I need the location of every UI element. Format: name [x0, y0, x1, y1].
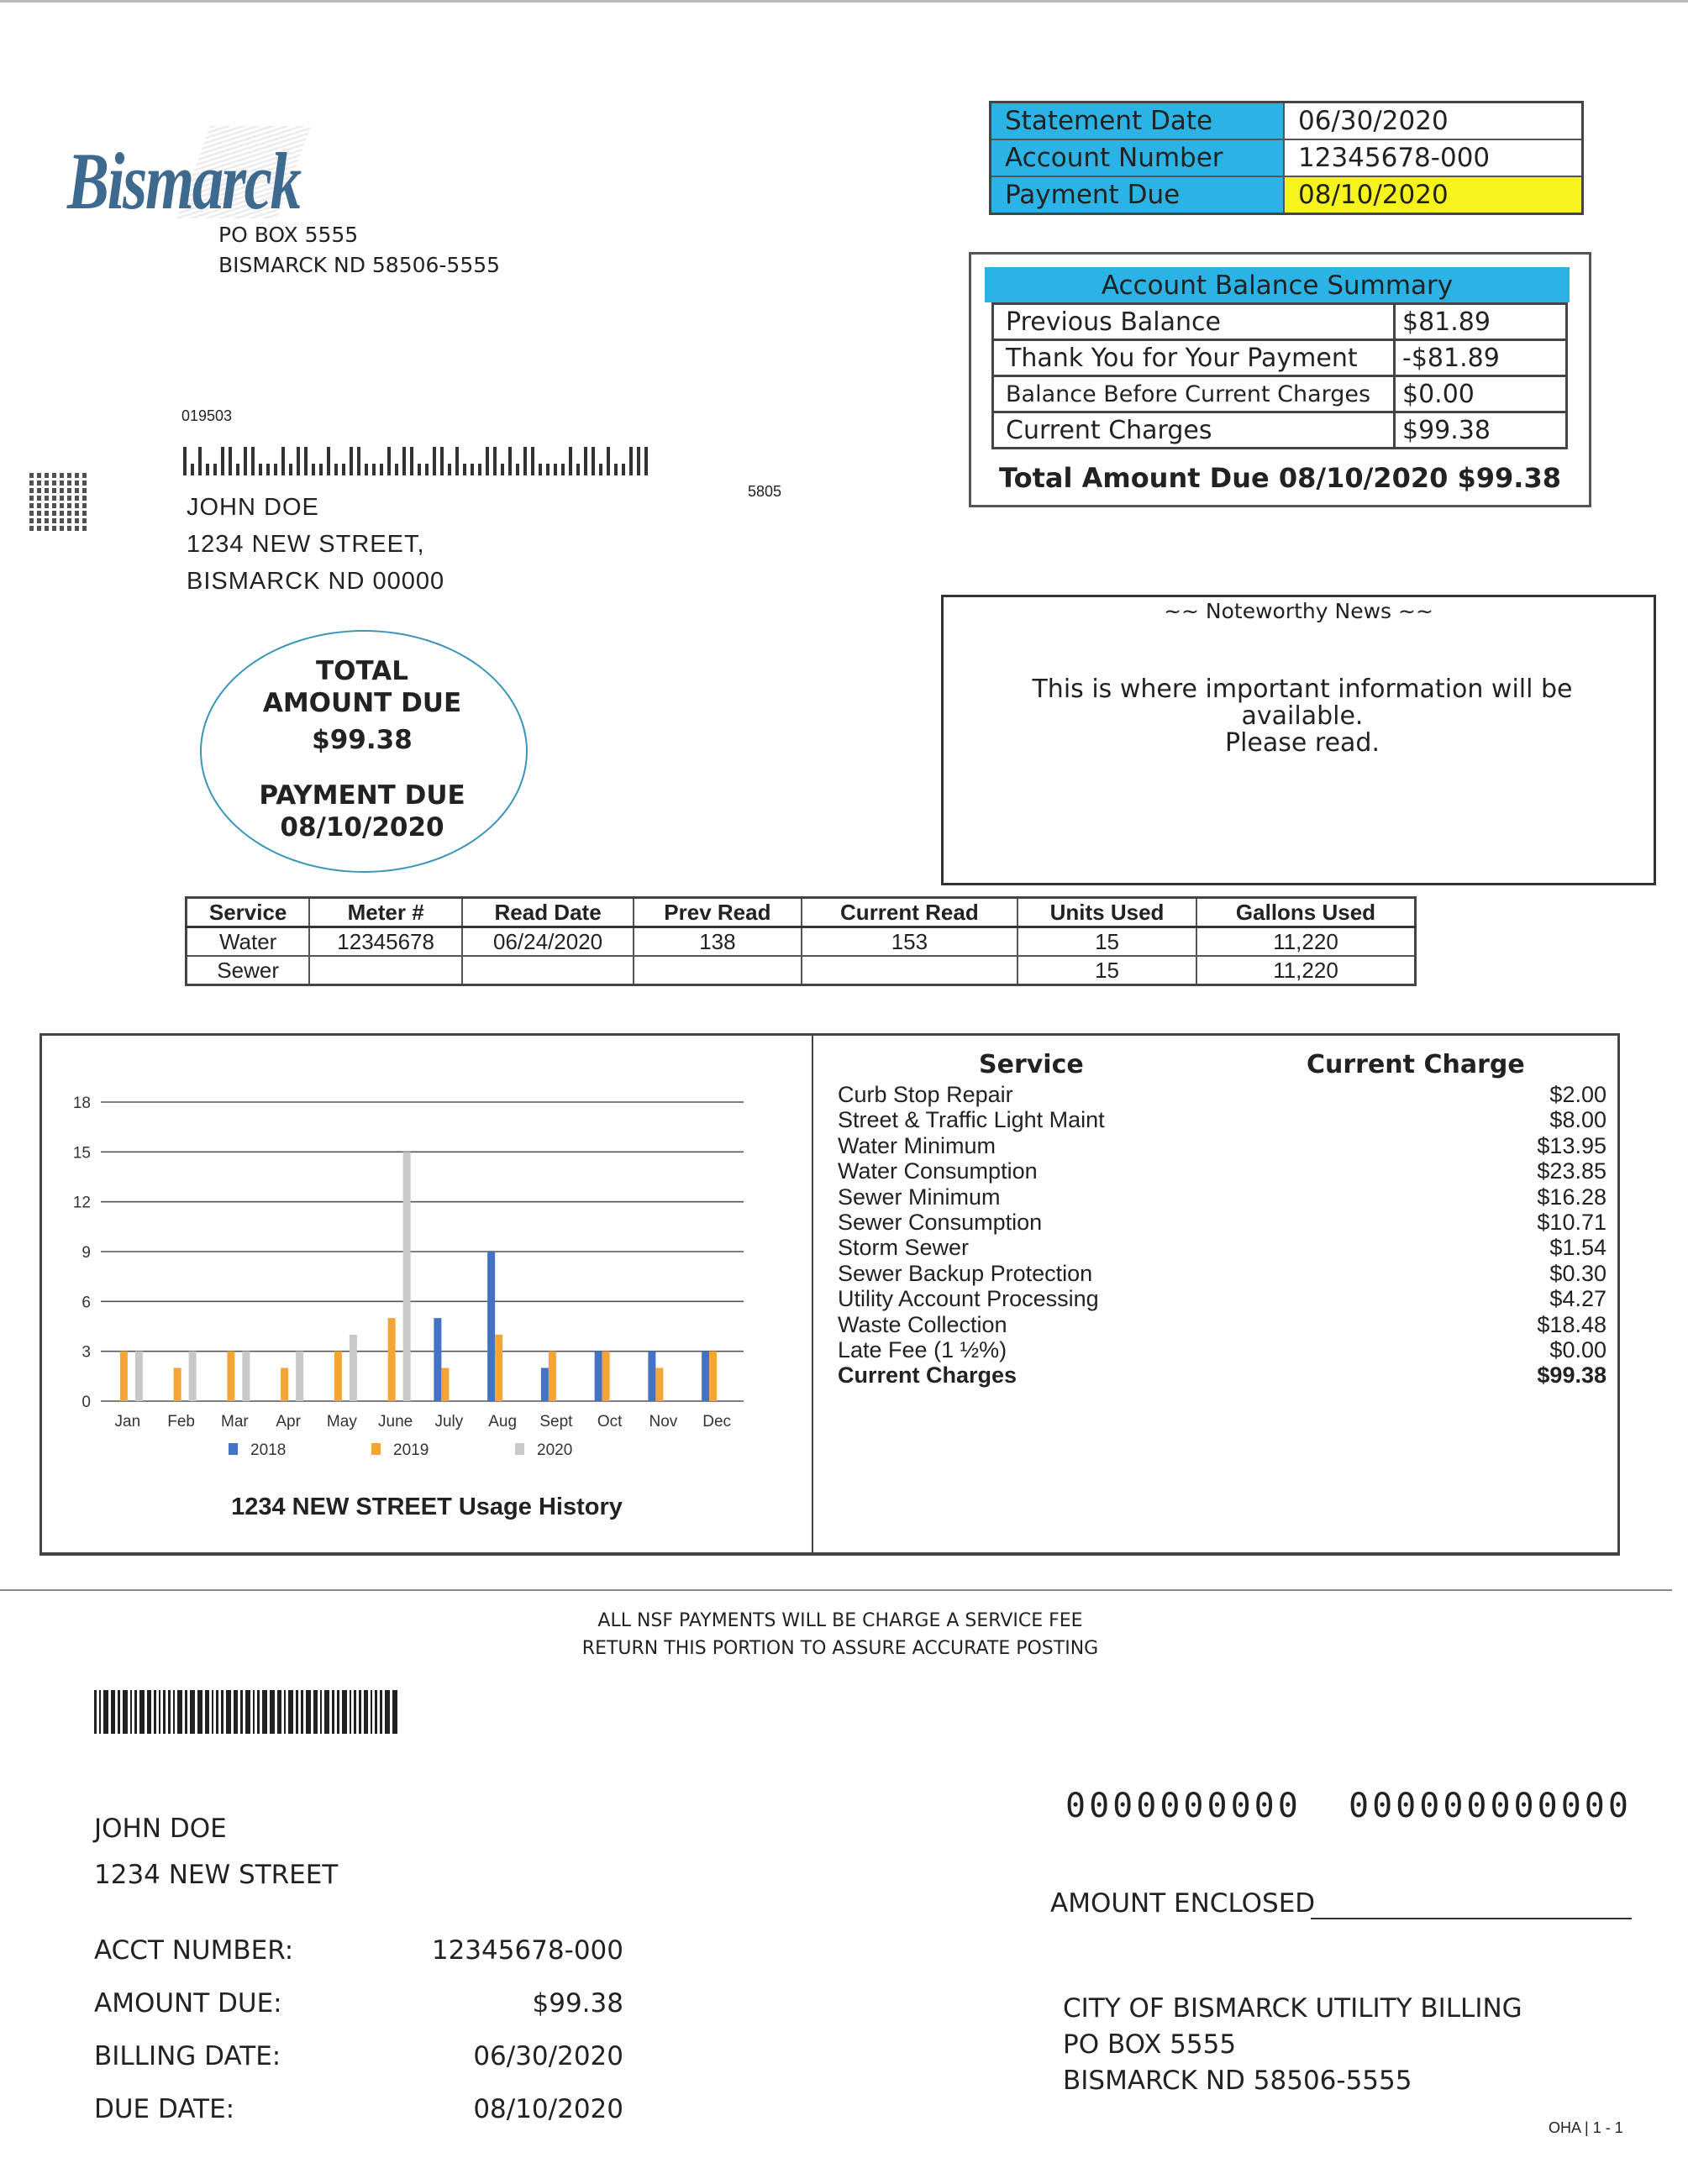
svg-text:Jan: Jan: [115, 1413, 141, 1431]
barcode-bar: [139, 1690, 145, 1734]
postnet-bar: [486, 447, 489, 475]
postnet-bar: [644, 447, 648, 475]
barcode-bar: [111, 1690, 115, 1734]
postnet-bar: [289, 464, 292, 475]
postnet-bar: [629, 447, 633, 475]
postnet-bar: [478, 464, 481, 475]
svg-text:18: 18: [73, 1095, 91, 1112]
postnet-bar: [584, 447, 587, 475]
cell: 11,220: [1196, 956, 1416, 985]
cell: 12345678: [309, 927, 462, 957]
charge-service: Water Minimum: [838, 1133, 996, 1158]
barcode-bar: [354, 1690, 356, 1734]
remit-po-box: PO BOX 5555: [1063, 2027, 1522, 2063]
stub-customer-street: 1234 NEW STREET: [94, 1852, 338, 1898]
charge-row: Sewer Minimum$16.28: [838, 1184, 1606, 1210]
svg-text:15: 15: [73, 1144, 91, 1162]
stub-notice: ALL NSF PAYMENTS WILL BE CHARGE A SERVIC…: [420, 1607, 1260, 1662]
postnet-bar: [531, 447, 534, 475]
svg-text:6: 6: [82, 1294, 91, 1311]
charge-service: Sewer Backup Protection: [838, 1261, 1092, 1286]
statement-date-value: 06/30/2020: [1284, 102, 1583, 140]
barcode-bar: [288, 1690, 293, 1734]
barcode-bar: [190, 1690, 195, 1734]
charge-service: Sewer Consumption: [838, 1210, 1042, 1235]
postnet-bar: [455, 447, 459, 475]
postnet-bar: [327, 447, 330, 475]
postnet-bar: [402, 447, 406, 475]
postnet-bar: [599, 464, 602, 475]
barcode-bar: [385, 1690, 390, 1734]
table-row: Sewer 15 11,220: [187, 956, 1416, 985]
svg-text:2020: 2020: [537, 1441, 572, 1459]
postnet-bar: [576, 464, 580, 475]
stub-customer-name: JOHN DOE: [94, 1806, 338, 1852]
charge-amount: $99.38: [1537, 1362, 1606, 1388]
datamatrix-code-icon: [29, 472, 88, 531]
field-value: $99.38: [533, 1988, 623, 2019]
balance-amount: $99.38: [1395, 412, 1567, 449]
stub-acct-number: ACCT NUMBER:12345678-000: [94, 1924, 623, 1977]
ocr-scanline: 0000000000 000000000000: [1065, 1787, 1632, 1825]
barcode-bar: [342, 1690, 347, 1734]
barcode-bar: [94, 1690, 97, 1734]
barcode-bar: [371, 1690, 372, 1734]
balance-label: Balance Before Current Charges: [993, 376, 1395, 412]
charge-row: Water Minimum$13.95: [838, 1133, 1606, 1158]
postnet-bar: [251, 447, 255, 475]
account-number-row: Account Number 12345678-000: [991, 139, 1583, 176]
charge-row: Street & Traffic Light Maint$8.00: [838, 1107, 1606, 1132]
barcode-bar: [212, 1690, 213, 1734]
sender-po-box: PO BOX 5555: [218, 220, 500, 250]
postnet-bar: [440, 447, 444, 475]
charge-amount: $8.00: [1549, 1107, 1606, 1132]
charge-amount: $13.95: [1537, 1133, 1606, 1158]
charge-row: Sewer Backup Protection$0.30: [838, 1261, 1606, 1286]
charges-amount-header: Current Charge: [1307, 1050, 1525, 1079]
sender-address: PO BOX 5555 BISMARCK ND 58506-5555: [218, 220, 500, 281]
barcode-bar: [240, 1690, 243, 1734]
cell: [802, 956, 1018, 985]
recipient-name: JOHN DOE: [187, 489, 444, 526]
stub-fields: ACCT NUMBER:12345678-000 AMOUNT DUE:$99.…: [94, 1924, 623, 2135]
recipient-address: JOHN DOE 1234 NEW STREET, BISMARCK ND 00…: [187, 489, 444, 600]
postnet-bar: [425, 464, 429, 475]
amount-enclosed-field[interactable]: [1311, 1918, 1632, 1919]
cell: [309, 956, 462, 985]
account-number-value: 12345678-000: [1284, 139, 1583, 176]
barcode-bar: [313, 1690, 318, 1734]
badge-total-label: TOTAL: [200, 655, 524, 687]
field-label: BILLING DATE:: [94, 2041, 281, 2071]
postnet-bar: [471, 464, 474, 475]
balance-label: Previous Balance: [993, 304, 1395, 340]
postnet-bar: [448, 464, 451, 475]
badge-amount: $99.38: [200, 724, 524, 756]
svg-text:Feb: Feb: [167, 1413, 195, 1431]
charge-service: Utility Account Processing: [838, 1286, 1099, 1311]
postnet-bar: [229, 447, 232, 475]
postnet-bar: [569, 447, 572, 475]
field-value: 08/10/2020: [473, 2094, 623, 2124]
account-number-label: Account Number: [991, 139, 1285, 176]
news-line: This is where important information will…: [1008, 676, 1596, 703]
balance-summary-table: Previous Balance $81.89 Thank You for Yo…: [991, 302, 1568, 449]
balance-row: Current Charges $99.38: [993, 412, 1567, 449]
postnet-barcode: [183, 445, 648, 475]
postnet-bar: [372, 464, 376, 475]
postnet-bar: [297, 447, 300, 475]
charge-row: Waste Collection$18.48: [838, 1312, 1606, 1337]
usage-history-chart: 0369121518JanFebMarAprMayJuneJulyAugSept…: [50, 1075, 756, 1470]
chart-title: 1234 NEW STREET Usage History: [42, 1494, 812, 1521]
return-notice: RETURN THIS PORTION TO ASSURE ACCURATE P…: [420, 1635, 1260, 1662]
field-label: DUE DATE:: [94, 2094, 234, 2124]
badge-amount-due-label: AMOUNT DUE: [200, 687, 524, 719]
postnet-bar: [350, 447, 353, 475]
charge-service: Water Consumption: [838, 1158, 1038, 1184]
col-gallons-used: Gallons Used: [1196, 898, 1416, 927]
barcode-bar: [359, 1690, 361, 1734]
svg-text:Mar: Mar: [221, 1413, 249, 1431]
payment-due-row: Payment Due 08/10/2020: [991, 176, 1583, 214]
meter-reading-table: Service Meter # Read Date Prev Read Curr…: [185, 896, 1417, 986]
balance-amount: $0.00: [1395, 376, 1567, 412]
barcode-bar: [262, 1690, 267, 1734]
page-code: OHA | 1 - 1: [1549, 2119, 1623, 2137]
recipient-city: BISMARCK ND 00000: [187, 563, 444, 600]
news-line: available.: [1008, 703, 1596, 730]
balance-amount: -$81.89: [1395, 340, 1567, 376]
barcode-bar: [147, 1690, 151, 1734]
svg-text:9: 9: [82, 1244, 91, 1262]
remit-to-address: CITY OF BISMARCK UTILITY BILLING PO BOX …: [1063, 1991, 1522, 2099]
recipient-street: 1234 NEW STREET,: [187, 526, 444, 563]
balance-label: Current Charges: [993, 412, 1395, 449]
charges-total-row: Current Charges$99.38: [838, 1362, 1606, 1388]
barcode-bar: [197, 1690, 202, 1734]
postnet-bar: [342, 464, 345, 475]
barcode-bar: [103, 1690, 108, 1734]
barcode-bar: [350, 1690, 351, 1734]
postnet-bar: [501, 464, 504, 475]
postnet-bar: [508, 447, 512, 475]
barcode-bar: [332, 1690, 334, 1734]
svg-text:2019: 2019: [393, 1441, 429, 1459]
barcode-bar: [270, 1690, 275, 1734]
postnet-bar: [433, 447, 436, 475]
charge-row: Sewer Consumption$10.71: [838, 1210, 1606, 1235]
charge-amount: $23.85: [1537, 1158, 1606, 1184]
postnet-bar: [523, 447, 527, 475]
svg-text:Aug: Aug: [488, 1413, 517, 1431]
barcode-bar: [123, 1690, 128, 1734]
news-body: This is where important information will…: [1008, 676, 1596, 757]
charge-service: Late Fee (1 ½%): [838, 1337, 1007, 1362]
barcode-bar: [185, 1690, 187, 1734]
charge-row: Utility Account Processing$4.27: [838, 1286, 1606, 1311]
stub-customer: JOHN DOE 1234 NEW STREET: [94, 1806, 338, 1898]
postnet-bar: [614, 464, 618, 475]
statement-date-row: Statement Date 06/30/2020: [991, 102, 1583, 140]
remit-city: BISMARCK ND 58506-5555: [1063, 2063, 1522, 2099]
charge-row: Storm Sewer$1.54: [838, 1235, 1606, 1260]
news-line: Please read.: [1008, 730, 1596, 757]
cell: [462, 956, 634, 985]
charge-service: Street & Traffic Light Maint: [838, 1107, 1105, 1132]
statement-date-label: Statement Date: [991, 102, 1285, 140]
charge-service: Storm Sewer: [838, 1235, 969, 1260]
cell: 138: [634, 927, 802, 957]
charge-amount: $16.28: [1537, 1184, 1606, 1210]
balance-label: Thank You for Your Payment: [993, 340, 1395, 376]
total-amount-due-line: Total Amount Due 08/10/2020 $99.38: [969, 462, 1591, 494]
barcode-bar: [320, 1690, 322, 1734]
col-read-date: Read Date: [462, 898, 634, 927]
stub-billing-date: BILLING DATE:06/30/2020: [94, 2029, 623, 2082]
charge-amount: $2.00: [1549, 1082, 1606, 1107]
nsf-notice: ALL NSF PAYMENTS WILL BE CHARGE A SERVIC…: [420, 1607, 1260, 1635]
usage-divider: [812, 1033, 813, 1552]
tear-off-line: [0, 1589, 1672, 1591]
barcode-bar: [159, 1690, 160, 1734]
postnet-bar: [244, 447, 247, 475]
postnet-bar: [319, 464, 323, 475]
postnet-bar: [312, 464, 315, 475]
postnet-bar: [213, 464, 217, 475]
amount-enclosed-label: AMOUNT ENCLOSED: [1050, 1888, 1315, 1919]
barcode-bar: [168, 1690, 171, 1734]
postnet-bar: [274, 464, 277, 475]
postnet-bar: [365, 464, 368, 475]
col-current-read: Current Read: [802, 898, 1018, 927]
barcode-bar: [296, 1690, 298, 1734]
barcode-bar: [154, 1690, 156, 1734]
barcode-bar: [130, 1690, 132, 1734]
postnet-bar: [622, 464, 625, 475]
col-service: Service: [187, 898, 310, 927]
postnet-bar: [259, 464, 262, 475]
postnet-bar: [380, 464, 383, 475]
postnet-bar: [637, 447, 640, 475]
charge-service: Current Charges: [838, 1362, 1017, 1388]
barcode-bar: [364, 1690, 368, 1734]
charges-service-header: Service: [979, 1050, 1084, 1079]
postnet-bar: [198, 447, 202, 475]
charge-amount: $0.00: [1549, 1337, 1606, 1362]
barcode-bar: [173, 1690, 175, 1734]
charge-row: Curb Stop Repair$2.00: [838, 1082, 1606, 1107]
postnet-bar: [357, 447, 360, 475]
svg-text:May: May: [327, 1413, 357, 1431]
svg-text:2018: 2018: [250, 1441, 286, 1459]
cell: [634, 956, 802, 985]
cell: 06/24/2020: [462, 927, 634, 957]
postnet-bar: [236, 464, 239, 475]
postnet-bar: [395, 464, 398, 475]
cell: 153: [802, 927, 1018, 957]
svg-text:Nov: Nov: [649, 1413, 677, 1431]
svg-text:Oct: Oct: [597, 1413, 623, 1431]
barcode-bar: [337, 1690, 339, 1734]
meter-table-header: Service Meter # Read Date Prev Read Curr…: [187, 898, 1416, 927]
field-label: ACCT NUMBER:: [94, 1935, 293, 1966]
field-value: 06/30/2020: [473, 2041, 623, 2071]
cell: Water: [187, 927, 310, 957]
svg-text:July: July: [434, 1413, 463, 1431]
barcode-bar: [301, 1690, 303, 1734]
balance-row: Balance Before Current Charges $0.00: [993, 376, 1567, 412]
postnet-bar: [304, 447, 308, 475]
badge-payment-due-label: PAYMENT DUE: [200, 780, 524, 811]
postnet-bar: [592, 447, 595, 475]
barcode-bar: [234, 1690, 238, 1734]
top-rule: [0, 0, 1688, 3]
postnet-bar: [266, 464, 270, 475]
field-value: 12345678-000: [432, 1935, 623, 1966]
balance-amount: $81.89: [1395, 304, 1567, 340]
postnet-bar: [516, 464, 519, 475]
charges-list: Curb Stop Repair$2.00Street & Traffic Li…: [838, 1082, 1606, 1389]
svg-text:0: 0: [82, 1394, 91, 1411]
field-label: AMOUNT DUE:: [94, 1988, 282, 2019]
charge-amount: $4.27: [1549, 1286, 1606, 1311]
badge-payment-due-date: 08/10/2020: [200, 811, 524, 843]
mail-sequence-number: 019503: [181, 407, 232, 425]
barcode-bar: [375, 1690, 377, 1734]
col-units-used: Units Used: [1018, 898, 1196, 927]
postnet-bar: [607, 447, 610, 475]
charge-service: Curb Stop Repair: [838, 1082, 1013, 1107]
cell: Sewer: [187, 956, 310, 985]
stub-amount-due: AMOUNT DUE:$99.38: [94, 1977, 623, 2029]
barcode-bar: [221, 1690, 223, 1734]
city-logo: Bismarck: [67, 134, 300, 228]
barcode-bar: [245, 1690, 250, 1734]
barcode-bar: [306, 1690, 311, 1734]
postnet-bar: [221, 447, 224, 475]
col-prev-read: Prev Read: [634, 898, 802, 927]
postnet-bar: [554, 464, 557, 475]
cell: 11,220: [1196, 927, 1416, 957]
postnet-bar: [418, 464, 421, 475]
barcode-bar: [134, 1690, 137, 1734]
charge-amount: $18.48: [1537, 1312, 1606, 1337]
postnet-bar: [493, 447, 497, 475]
postnet-bar: [334, 464, 338, 475]
balance-row: Thank You for Your Payment -$81.89: [993, 340, 1567, 376]
barcode-bar: [118, 1690, 120, 1734]
payment-due-label: Payment Due: [991, 176, 1285, 214]
col-meter: Meter #: [309, 898, 462, 927]
barcode-bar: [277, 1690, 281, 1734]
barcode-bar: [226, 1690, 231, 1734]
table-row: Water 12345678 06/24/2020 138 153 15 11,…: [187, 927, 1416, 957]
barcode-bar: [253, 1690, 255, 1734]
barcode-bar: [380, 1690, 382, 1734]
barcode-bar: [163, 1690, 166, 1734]
charge-service: Waste Collection: [838, 1312, 1007, 1337]
postnet-bar: [539, 464, 542, 475]
charge-amount: $0.30: [1549, 1261, 1606, 1286]
postnet-bar: [281, 447, 285, 475]
charge-amount: $10.71: [1537, 1210, 1606, 1235]
svg-text:Apr: Apr: [276, 1413, 301, 1431]
postnet-bar: [387, 447, 391, 475]
postnet-bar: [546, 464, 550, 475]
cell: 15: [1018, 956, 1196, 985]
postnet-bar: [561, 464, 565, 475]
charge-amount: $1.54: [1549, 1235, 1606, 1260]
stub-barcode: [94, 1690, 397, 1734]
balance-row: Previous Balance $81.89: [993, 304, 1567, 340]
remit-name: CITY OF BISMARCK UTILITY BILLING: [1063, 1991, 1522, 2027]
stub-due-date: DUE DATE:08/10/2020: [94, 2082, 623, 2135]
barcode-bar: [284, 1690, 286, 1734]
postnet-bar: [191, 464, 194, 475]
postnet-bar: [183, 447, 187, 475]
barcode-bar: [177, 1690, 182, 1734]
svg-text:Dec: Dec: [702, 1413, 731, 1431]
barcode-bar: [257, 1690, 260, 1734]
barcode-bar: [216, 1690, 218, 1734]
news-title: ~~ Noteworthy News ~~: [941, 599, 1656, 623]
charge-service: Sewer Minimum: [838, 1184, 1001, 1210]
postnet-bar: [206, 464, 209, 475]
barcode-bar: [392, 1690, 397, 1734]
cell: 15: [1018, 927, 1196, 957]
svg-text:12: 12: [73, 1194, 91, 1212]
postnet-bar: [410, 447, 413, 475]
charge-row: Water Consumption$23.85: [838, 1158, 1606, 1184]
svg-text:3: 3: [82, 1344, 91, 1362]
svg-text:June: June: [378, 1413, 413, 1431]
total-due-badge: TOTAL AMOUNT DUE $99.38 PAYMENT DUE 08/1…: [200, 655, 524, 843]
barcode-bar: [324, 1690, 329, 1734]
balance-summary-title: Account Balance Summary: [985, 267, 1570, 302]
svg-text:Sept: Sept: [539, 1413, 573, 1431]
statement-info-table: Statement Date 06/30/2020 Account Number…: [989, 101, 1584, 215]
charge-row: Late Fee (1 ½%)$0.00: [838, 1337, 1606, 1362]
postnet-code: 5805: [748, 483, 781, 501]
sender-city: BISMARCK ND 58506-5555: [218, 250, 500, 281]
postnet-bar: [463, 464, 466, 475]
barcode-bar: [99, 1690, 101, 1734]
payment-due-value: 08/10/2020: [1284, 176, 1583, 214]
barcode-bar: [205, 1690, 209, 1734]
